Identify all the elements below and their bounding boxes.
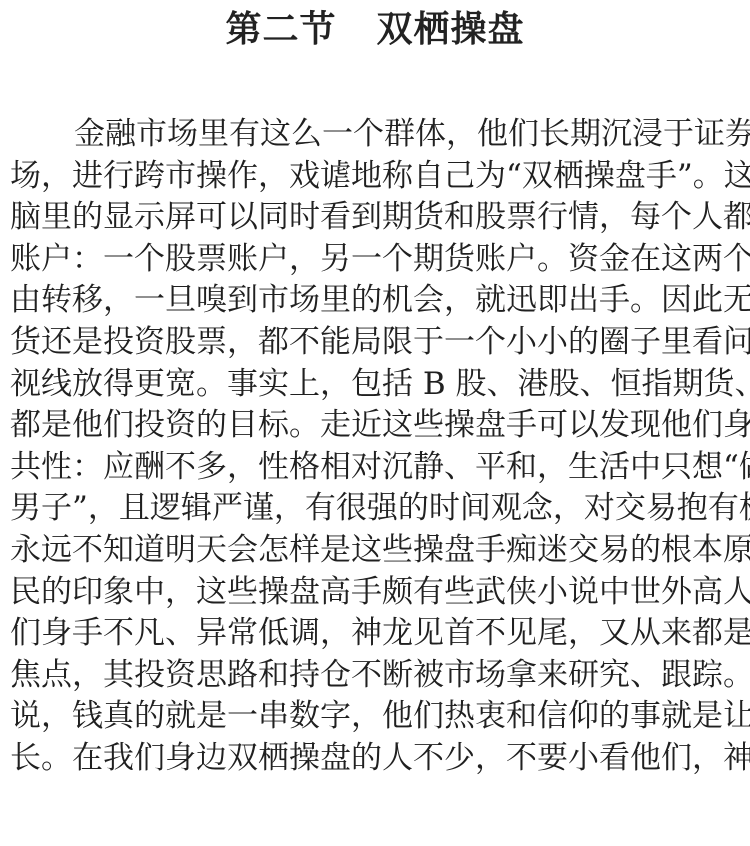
paragraph-line: 货还是投资股票，都不能局限于一个小小的圈子里看问题，应该把: [10, 322, 750, 364]
paragraph-line: 说，钱真的就是一串数字，他们热衷和信仰的事就是让这串数字变: [10, 696, 750, 738]
paragraph-line: 视线放得更宽。事实上，包括 B 股、港股、恒指期货、外汇和美股，: [10, 364, 750, 406]
paragraph-line: 账户：一个股票账户，另一个期货账户。资金在这两个账户间可自: [10, 239, 750, 281]
paragraph-line: 永远不知道明天会怎样是这些操盘手痴迷交易的根本原因。在股: [10, 530, 750, 572]
paragraph-line: 金融市场里有这么一个群体，他们长期沉浸于证券和期货市: [10, 114, 750, 156]
paragraph-line: 场，进行跨市操作，戏谑地称自己为“双栖操盘手”。这些操盘手电: [10, 156, 750, 198]
paragraph-line: 脑里的显示屏可以同时看到期货和股票行情，每个人都拥有两个: [10, 197, 750, 239]
section-heading: 第二节双栖操盘: [0, 8, 750, 52]
paragraph-line: 民的印象中，这些操盘高手颇有些武侠小说中世外高人的意味，他: [10, 572, 750, 614]
section-number: 第二节: [225, 9, 336, 50]
paragraph-line: 都是他们投资的目标。走近这些操盘手可以发现他们身上的很多: [10, 405, 750, 447]
paragraph-line: 男子”，且逻辑严谨，有很强的时间观念，对交易抱有极大的热情。: [10, 488, 750, 530]
paragraph-line: 由转移，一旦嗅到市场里的机会，就迅即出手。因此无论是投资期: [10, 280, 750, 322]
section-title: 双栖操盘: [377, 9, 525, 50]
paragraph-line: 焦点，其投资思路和持仓不断被市场拿来研究、跟踪。对于他们来: [10, 655, 750, 697]
book-page: 第二节双栖操盘 金融市场里有这么一个群体，他们长期沉浸于证券和期货市 场，进行跨…: [0, 0, 750, 846]
paragraph-line: 共性：应酬不多，性格相对沉静、平和，生活中只想“做个安静的美: [10, 447, 750, 489]
paragraph-line: 们身手不凡、异常低调，神龙见首不见尾，又从来都是市场追逐的: [10, 613, 750, 655]
body-paragraph: 金融市场里有这么一个群体，他们长期沉浸于证券和期货市 场，进行跨市操作，戏谑地称…: [10, 114, 750, 780]
paragraph-line: 长。在我们身边双栖操盘的人不少，不要小看他们，神话往往是从: [10, 738, 750, 780]
